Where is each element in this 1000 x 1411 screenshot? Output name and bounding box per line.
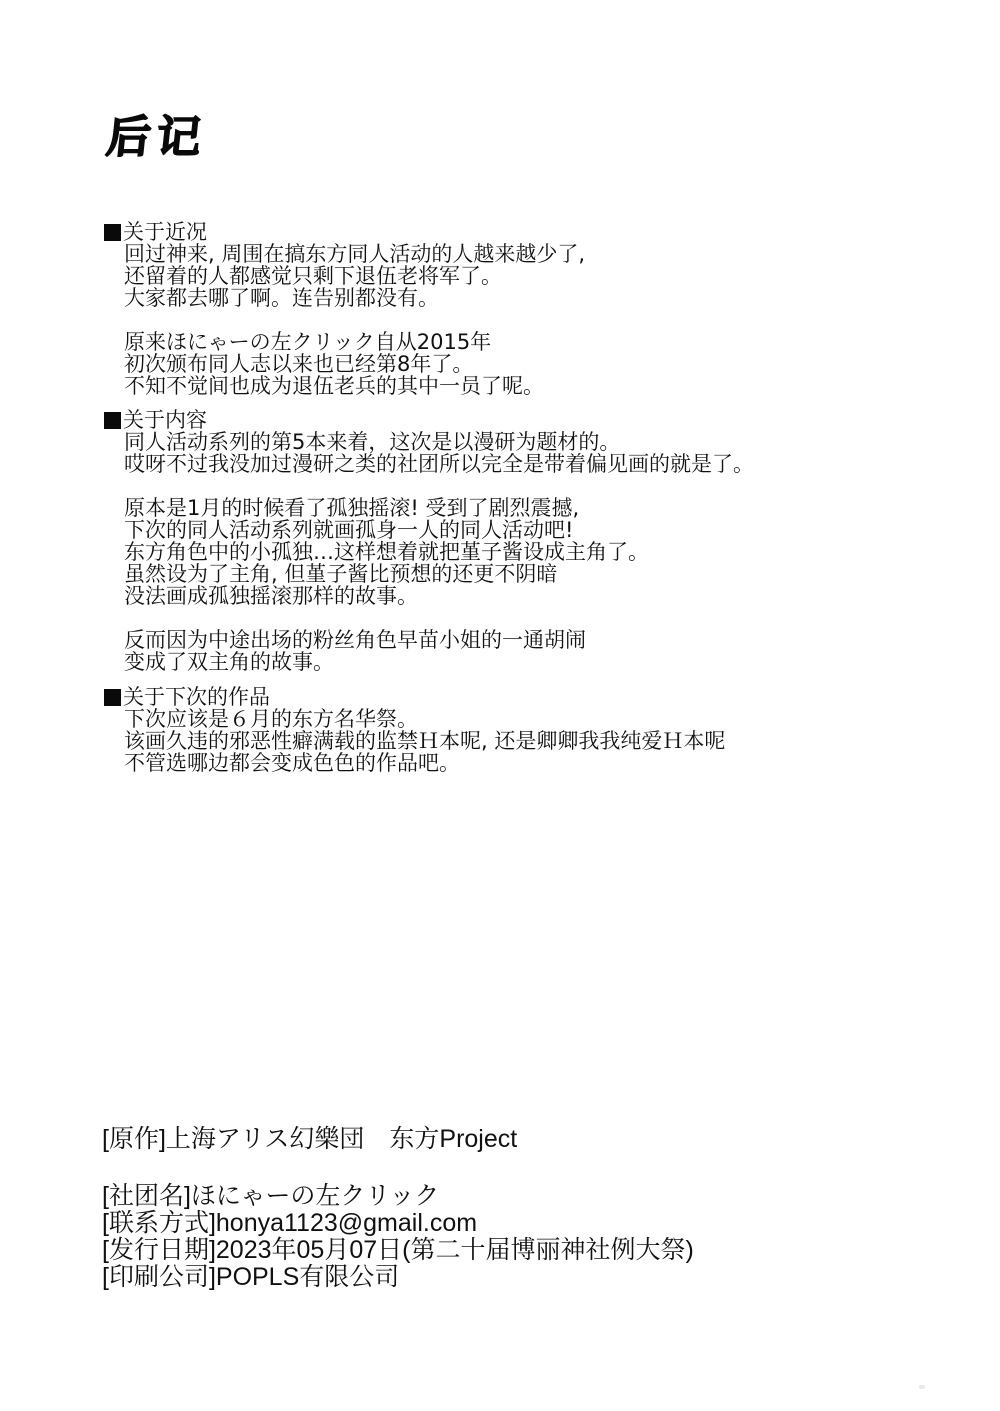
text-line: 没法画成孤独摇滚那样的故事。 [124,585,754,607]
text-line: 该画久违的邪恶性癖满载的监禁Ｈ本呢, 还是卿卿我我纯爱Ｈ本呢 [124,730,725,752]
section-content: 关于内容 同人活动系列的第5本来着，这次是以漫研为题材的。 哎呀不过我没加过漫研… [104,409,754,673]
section-heading: 关于近况 [104,221,585,243]
square-bullet-icon [104,689,121,706]
section-heading-text: 关于下次的作品 [123,686,270,708]
paragraph: 原来ほにゃーの左クリック自从2015年 初次颁布同人志以来也已经第8年了。 不知… [124,331,585,397]
square-bullet-icon [104,412,121,429]
section-heading-text: 关于近况 [123,221,207,243]
credit-printer: [印刷公司]POPLS有限公司 [102,1264,694,1291]
paragraph: 原本是1月的时候看了孤独摇滚! 受到了剧烈震撼, 下次的同人活动系列就画孤身一人… [124,497,754,607]
paragraph: 反而因为中途出场的粉丝角色早苗小姐的一通胡闹 变成了双主角的故事。 [124,629,754,673]
scan-speck [919,1385,925,1389]
credit-circle-name: [社团名]ほにゃーの左クリック [102,1183,694,1210]
text-line: 回过神来, 周围在搞东方同人活动的人越来越少了, [124,243,585,265]
text-line: 同人活动系列的第5本来着，这次是以漫研为题材的。 [124,431,754,453]
text-line: 下次应该是６月的东方名华祭。 [124,708,725,730]
credits-block: [社团名]ほにゃーの左クリック [联系方式]honya1123@gmail.co… [102,1183,694,1291]
credit-original-work: [原作]上海アリス幻樂団 东方Project [102,1126,517,1153]
text-line: 哎呀不过我没加过漫研之类的社团所以完全是带着偏见画的就是了。 [124,453,754,475]
text-line: 大家都去哪了啊。连告别都没有。 [124,287,585,309]
section-heading: 关于下次的作品 [104,686,725,708]
section-heading: 关于内容 [104,409,754,431]
text-line: 不管选哪边都会变成色色的作品吧。 [124,752,725,774]
square-bullet-icon [104,224,121,241]
text-line: 下次的同人活动系列就画孤身一人的同人活动吧! [124,519,754,541]
text-line: 变成了双主角的故事。 [124,651,754,673]
text-line: 原本是1月的时候看了孤独摇滚! 受到了剧烈震撼, [124,497,754,519]
text-line: 虽然设为了主角, 但堇子酱比预想的还更不阴暗 [124,563,754,585]
text-line: 初次颁布同人志以来也已经第8年了。 [124,353,585,375]
text-line: 不知不觉间也成为退伍老兵的其中一员了呢。 [124,375,585,397]
credit-release-date: [发行日期]2023年05月07日(第二十届博丽神社例大祭) [102,1237,694,1264]
paragraph: 回过神来, 周围在搞东方同人活动的人越来越少了, 还留着的人都感觉只剩下退伍老将… [124,243,585,309]
paragraph: 同人活动系列的第5本来着，这次是以漫研为题材的。 哎呀不过我没加过漫研之类的社团… [124,431,754,475]
section-next-work: 关于下次的作品 下次应该是６月的东方名华祭。 该画久违的邪恶性癖满载的监禁Ｈ本呢… [104,686,725,774]
section-recent-status: 关于近况 回过神来, 周围在搞东方同人活动的人越来越少了, 还留着的人都感觉只剩… [104,221,585,397]
credits-original: [原作]上海アリス幻樂団 东方Project [102,1126,517,1153]
text-line: 东方角色中的小孤独…这样想着就把堇子酱设成主角了。 [124,541,754,563]
section-heading-text: 关于内容 [123,409,207,431]
paragraph: 下次应该是６月的东方名华祭。 该画久违的邪恶性癖满载的监禁Ｈ本呢, 还是卿卿我我… [124,708,725,774]
credit-contact: [联系方式]honya1123@gmail.com [102,1210,694,1237]
page-title: 后记 [104,112,209,164]
text-line: 原来ほにゃーの左クリック自从2015年 [124,331,585,353]
text-line: 还留着的人都感觉只剩下退伍老将军了。 [124,265,585,287]
text-line: 反而因为中途出场的粉丝角色早苗小姐的一通胡闹 [124,629,754,651]
